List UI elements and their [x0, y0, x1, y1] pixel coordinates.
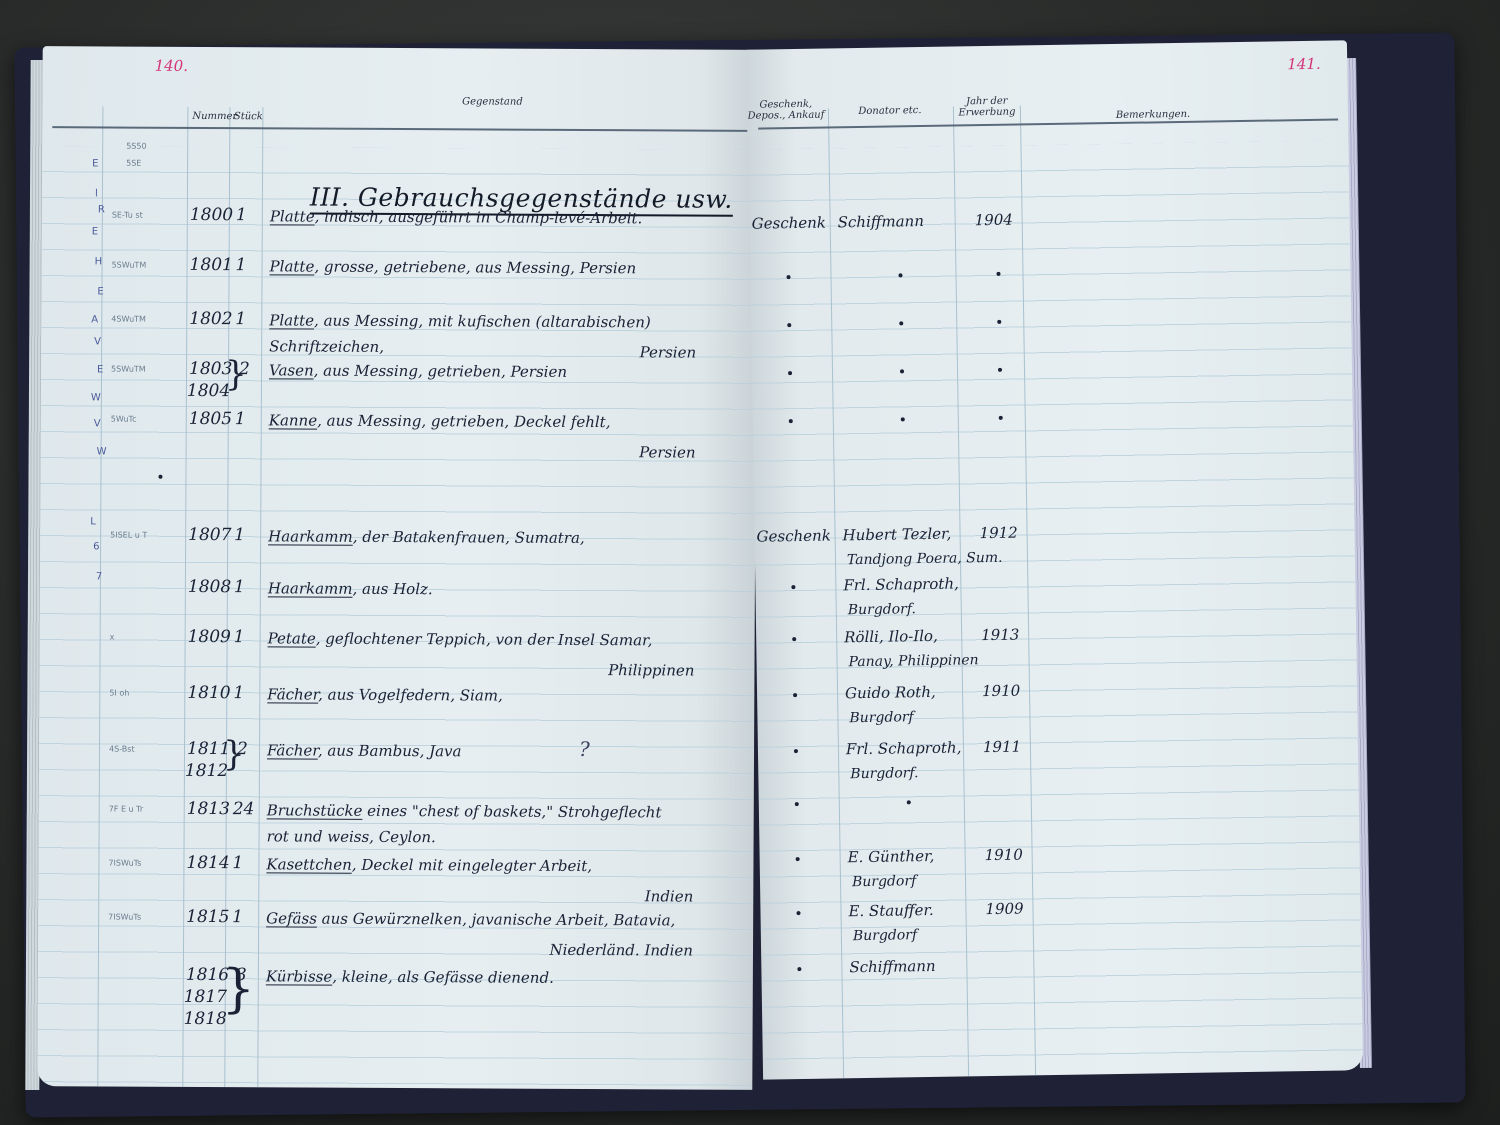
- entry-keyword: Kürbisse: [266, 967, 332, 985]
- entry-description-text: , aus Holz.: [352, 580, 432, 598]
- entry-number: 1812: [185, 761, 228, 781]
- entry-description-text: , aus Messing, getrieben, Persien: [314, 362, 567, 381]
- entry-description: Platte, grosse, getriebene, aus Messing,…: [270, 257, 637, 277]
- margin-code: 5SE: [126, 159, 141, 168]
- entry-keyword: Platte: [270, 207, 315, 225]
- entry-description-text: , grosse, getriebene, aus Messing, Persi…: [314, 258, 636, 278]
- ditto-mark: [794, 749, 798, 753]
- entry-number: 1815: [186, 907, 229, 927]
- ditto-mark: [786, 275, 790, 279]
- acquisition-year: 1909: [985, 900, 1023, 919]
- entry-continuation: rot und weiss, Ceylon.: [267, 827, 436, 846]
- entry-number: 1814: [186, 853, 229, 873]
- entry-description-text: , aus Bambus, Java: [318, 742, 462, 761]
- ledger-left-page: 140. Nummer Stück Gegenstand III. Gebrau…: [37, 46, 757, 1090]
- margin-code: 5ISEL u T: [110, 530, 147, 539]
- margin-letter: l: [95, 188, 98, 199]
- entry-pieces: 1: [236, 205, 247, 225]
- ditto-mark: [898, 273, 902, 277]
- donor-place: Burgdorf: [852, 873, 916, 890]
- ditto-mark: [899, 321, 903, 325]
- donor-name: Hubert Tezler,: [842, 525, 951, 545]
- ditto-mark: [901, 417, 905, 421]
- entry-description: Kürbisse, kleine, als Gefässe dienend.: [266, 967, 554, 987]
- column-header-number: Nummer: [192, 111, 232, 122]
- acquisition-year: 1910: [982, 682, 1020, 701]
- entry-number: 1804: [187, 381, 230, 401]
- entry-description: Haarkamm, aus Holz.: [268, 579, 433, 598]
- entry-keyword: Bruchstücke: [267, 801, 363, 820]
- entry-description-text: , indisch, ausgeführt in Champ-levé-Arbe…: [315, 208, 643, 228]
- margin-code: SE-Tu st: [112, 210, 143, 219]
- ditto-mark: [793, 693, 797, 697]
- entry-description: Kanne, aus Messing, getrieben, Deckel fe…: [269, 411, 611, 431]
- margin-code: 5WuTc: [111, 414, 137, 423]
- margin-code: x: [110, 632, 115, 641]
- donor-name: Frl. Schaproth,: [843, 575, 959, 595]
- ditto-mark: [795, 802, 799, 806]
- column-header-object: Gegenstand: [432, 96, 552, 108]
- entry-number: 1801: [190, 255, 233, 275]
- column-header-acquisition: Geschenk, Depos., Ankauf: [747, 98, 832, 121]
- ditto-mark: [796, 911, 800, 915]
- entry-description-text: , Deckel mit eingelegter Arbeit,: [352, 856, 592, 875]
- entry-pieces: 24: [233, 799, 255, 819]
- ditto-mark: [900, 369, 904, 373]
- acquisition-year: 1911: [983, 738, 1021, 757]
- entry-continuation-right: Philippinen: [608, 661, 694, 679]
- entry-keyword: Haarkamm: [268, 579, 353, 597]
- donor-name: Schiffmann: [838, 212, 925, 231]
- entry-keyword: Kanne: [269, 411, 317, 429]
- margin-letter: A: [91, 314, 98, 325]
- entry-number: 1807: [188, 525, 231, 545]
- ditto-mark: [999, 416, 1003, 420]
- ditto-mark: [796, 857, 800, 861]
- margin-code: 5SWuTM: [111, 364, 146, 373]
- entry-pieces: 2: [239, 359, 250, 379]
- margin-letter: L: [90, 516, 96, 527]
- entry-keyword: Fächer: [267, 741, 318, 759]
- entry-pieces: 1: [234, 525, 245, 545]
- entry-keyword: Fächer: [267, 685, 318, 703]
- entry-pieces: 1: [235, 309, 246, 329]
- entry-keyword: Petate: [268, 629, 316, 647]
- ditto-mark: [788, 371, 792, 375]
- ledger-right-page: 141. Geschenk, Depos., Ankauf Donator et…: [747, 40, 1363, 1079]
- ink-dot: [158, 475, 162, 479]
- header-rule: [52, 126, 747, 132]
- entry-pieces: 1: [232, 853, 243, 873]
- entry-description-text: eines "chest of baskets," Strohgeflecht: [362, 802, 661, 822]
- ditto-mark: [797, 967, 801, 971]
- entry-keyword: Platte: [270, 257, 315, 275]
- entry-number: 1809: [188, 627, 231, 647]
- entry-continuation: Schriftzeichen,: [269, 337, 384, 356]
- margin-code: 7F E u Tr: [109, 804, 143, 813]
- entry-continuation-right: Persien: [639, 443, 696, 461]
- entry-keyword: Haarkamm: [268, 527, 353, 545]
- margin-code: 4SWuTM: [111, 314, 146, 323]
- donor-place: Tandjong Poera, Sum.: [847, 550, 1003, 568]
- margin-letter: E: [97, 364, 103, 375]
- ditto-mark: [997, 320, 1001, 324]
- column-header-pieces: Stück: [232, 111, 264, 122]
- donor-place: Panay, Philippinen: [848, 652, 978, 670]
- margin-letter: W: [91, 392, 101, 403]
- margin-letter: 7: [96, 571, 102, 582]
- ditto-mark: [789, 419, 793, 423]
- column-header-year: Jahr der Erwerbung: [956, 96, 1018, 119]
- donor-name: Guido Roth,: [845, 683, 936, 702]
- entry-description-text: aus Gewürznelken, javanische Arbeit, Bat…: [317, 910, 675, 930]
- margin-code: 4S-Bst: [109, 744, 135, 753]
- margin-letter: E: [92, 158, 98, 169]
- entry-description: Haarkamm, der Batakenfrauen, Sumatra,: [268, 527, 585, 547]
- margin-letter: V: [94, 336, 101, 347]
- donor-name: Schiffmann: [849, 957, 936, 976]
- entry-number: 1800: [190, 205, 233, 225]
- entry-description-text: , der Batakenfrauen, Sumatra,: [353, 528, 585, 547]
- entry-number: 1818: [184, 1009, 227, 1029]
- acquisition-year: 1904: [975, 211, 1013, 230]
- entry-pieces: 1: [236, 255, 247, 275]
- donor-place: Burgdorf: [849, 709, 913, 726]
- entry-description: Fächer, aus Vogelfedern, Siam,: [267, 685, 503, 704]
- entry-continuation-right: Indien: [645, 887, 694, 905]
- margin-letter: W: [97, 446, 107, 457]
- margin-letter: E: [92, 226, 98, 237]
- ditto-mark: [998, 368, 1002, 372]
- entry-pieces: 1: [234, 577, 245, 597]
- ditto-mark: [791, 585, 795, 589]
- entry-number: 1808: [188, 577, 231, 597]
- entry-number: 1813: [187, 799, 230, 819]
- margin-code: 5SWuTM: [112, 260, 147, 269]
- entry-description: Kasettchen, Deckel mit eingelegter Arbei…: [266, 855, 592, 875]
- donor-name: Rölli, Ilo-Ilo,: [844, 627, 938, 646]
- acquisition-year: 1910: [984, 846, 1022, 865]
- margin-letter: V: [94, 418, 101, 429]
- ditto-mark: [792, 637, 796, 641]
- entry-description: Fächer, aus Bambus, Java: [267, 741, 462, 760]
- ditto-mark: [996, 272, 1000, 276]
- entry-number: 1810: [187, 683, 230, 703]
- column-header-donor: Donator etc.: [840, 105, 940, 118]
- entry-description: Bruchstücke eines "chest of baskets," St…: [267, 801, 662, 821]
- entry-number: 1817: [184, 987, 227, 1007]
- margin-letter: R: [98, 204, 105, 215]
- donor-name: Frl. Schaproth,: [846, 738, 962, 758]
- entry-keyword: Vasen: [269, 361, 314, 379]
- entry-description: Gefäss aus Gewürznelken, javanische Arbe…: [266, 909, 675, 929]
- ditto-mark: [907, 800, 911, 804]
- entry-keyword: Platte: [269, 311, 314, 329]
- margin-letter: E: [97, 286, 103, 297]
- donor-place: Burgdorf.: [850, 765, 918, 782]
- entry-continuation-right: Niederländ. Indien: [549, 941, 693, 960]
- acquisition-type: Geschenk: [752, 214, 827, 233]
- entry-number: 1805: [189, 409, 232, 429]
- donor-name: E. Günther,: [848, 847, 935, 866]
- acquisition-type: Geschenk: [756, 527, 831, 546]
- margin-code: 5S50: [126, 142, 146, 151]
- margin-code: 5I oh: [109, 688, 129, 697]
- entry-description-text: , aus Messing, mit kufischen (altarabisc…: [314, 312, 651, 332]
- entry-description: Platte, indisch, ausgeführt in Champ-lev…: [270, 207, 643, 227]
- entry-pieces: 1: [233, 683, 244, 703]
- margin-code: 7ISWuTs: [108, 858, 141, 867]
- entry-description: Petate, geflochtener Teppich, von der In…: [268, 629, 653, 649]
- acquisition-year: 1913: [981, 626, 1019, 645]
- margin-letter: 6: [93, 541, 99, 552]
- entry-keyword: Gefäss: [266, 909, 317, 927]
- entry-pieces: 2: [237, 739, 248, 759]
- entry-pieces: 3: [236, 965, 247, 985]
- entry-description-text: , aus Vogelfedern, Siam,: [318, 686, 503, 705]
- margin-code: 7ISWuTs: [108, 912, 141, 921]
- entry-description-text: , aus Messing, getrieben, Deckel fehlt,: [317, 412, 610, 432]
- entry-pieces: 1: [235, 409, 246, 429]
- column-header-remarks: Bemerkungen.: [1078, 108, 1228, 121]
- page-number-left: 140.: [155, 57, 189, 75]
- entry-description-text: , geflochtener Teppich, von der Insel Sa…: [316, 630, 653, 650]
- entry-note: ?: [579, 737, 590, 761]
- donor-place: Burgdorf: [853, 927, 917, 944]
- entry-continuation-right: Persien: [640, 343, 697, 361]
- entry-description: Vasen, aus Messing, getrieben, Persien: [269, 361, 567, 381]
- donor-name: E. Stauffer.: [848, 901, 933, 920]
- entry-pieces: 1: [234, 627, 245, 647]
- margin-letter: H: [95, 256, 103, 267]
- acquisition-year: 1912: [979, 524, 1017, 543]
- entry-description: Platte, aus Messing, mit kufischen (alta…: [269, 311, 651, 331]
- page-number-right: 141.: [1287, 55, 1321, 74]
- header-rule: [758, 118, 1338, 129]
- entry-pieces: 1: [232, 907, 243, 927]
- donor-place: Burgdorf.: [848, 601, 916, 618]
- entry-description-text: , kleine, als Gefässe dienend.: [332, 968, 554, 987]
- entry-number: 1802: [189, 309, 232, 329]
- ditto-mark: [787, 323, 791, 327]
- entry-keyword: Kasettchen: [266, 855, 351, 873]
